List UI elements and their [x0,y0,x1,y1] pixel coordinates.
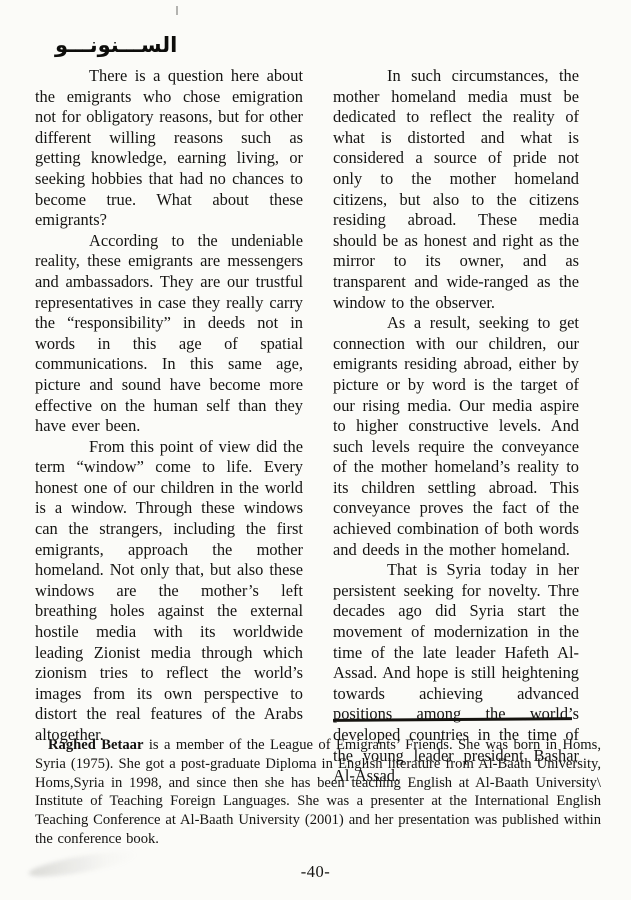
left-column: There is a question here about the emigr… [35,66,303,746]
author-name: Raghed Betaar [48,737,143,753]
paragraph-left-3: From this point of view did the term “wi… [35,437,303,746]
paragraph-right-2: As a result, seeking to get connection w… [333,313,579,560]
footnote-text: is a member of the League of Emigrants’ … [35,737,601,847]
paragraph-right-1: In such circumstances, the mother homela… [333,66,579,313]
right-column: In such circumstances, the mother homela… [333,66,579,787]
paragraph-left-2: According to the undeniable reality, the… [35,231,303,437]
author-footnote: Raghed Betaar is a member of the League … [35,736,601,849]
scanned-page: الســـنونـــو There is a question here a… [0,0,631,900]
scan-speck [176,6,178,15]
magazine-logo-arabic: الســـنونـــو [55,33,177,57]
paragraph-left-1: There is a question here about the emigr… [35,66,303,231]
